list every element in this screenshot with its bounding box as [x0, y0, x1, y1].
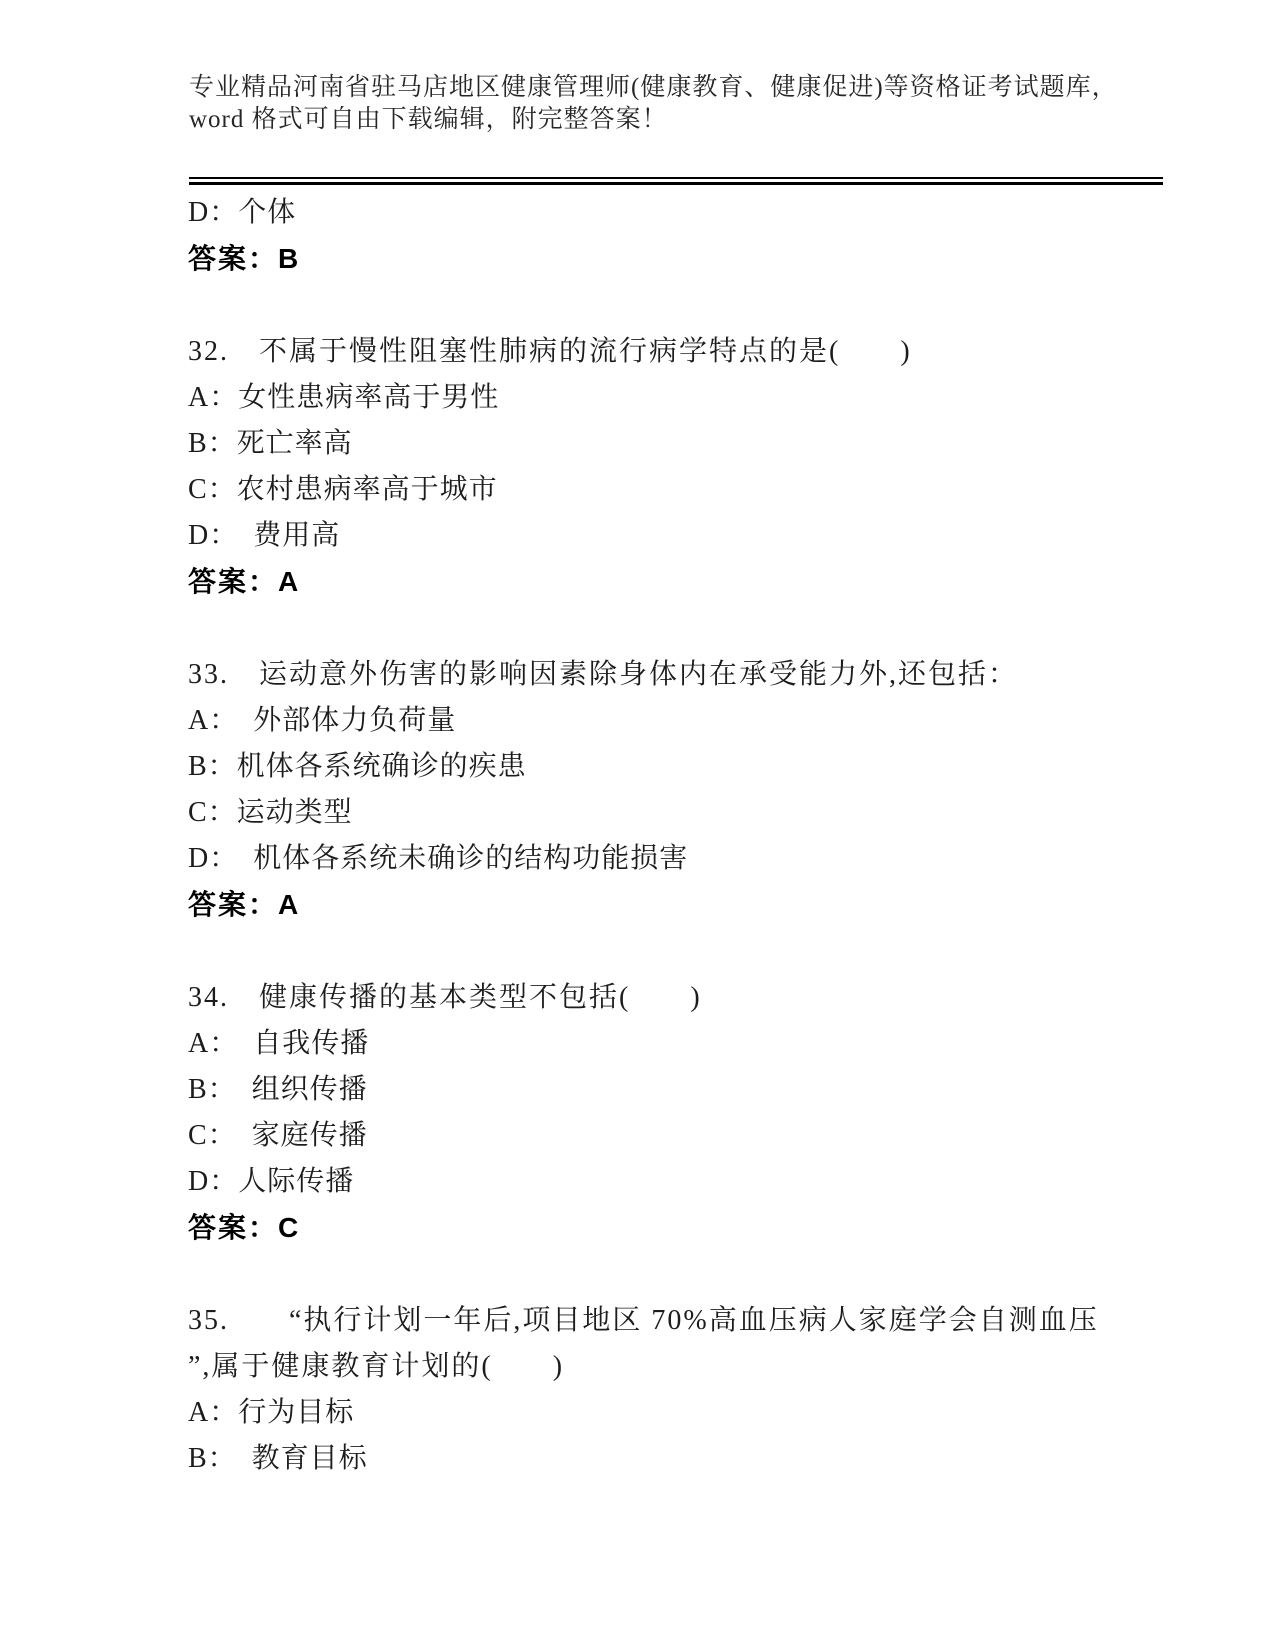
question-32-stem: 32. 不属于慢性阻塞性肺病的流行病学特点的是( ) [188, 329, 1173, 375]
carryover-answer: 答案：B [188, 236, 1173, 282]
question-35-stem-line-1: 35. “执行计划一年后,项目地区 70%高血压病人家庭学会自测血压 [188, 1298, 1173, 1344]
document-body: D：个体 答案：B 32. 不属于慢性阻塞性肺病的流行病学特点的是( ) A：女… [188, 190, 1173, 1482]
question-35: 35. “执行计划一年后,项目地区 70%高血压病人家庭学会自测血压 ”,属于健… [188, 1298, 1173, 1482]
question-32: 32. 不属于慢性阻塞性肺病的流行病学特点的是( ) A：女性患病率高于男性 B… [188, 329, 1173, 605]
question-32-answer: 答案：A [188, 559, 1173, 605]
question-34: 34. 健康传播的基本类型不包括( ) A： 自我传播 B： 组织传播 C： 家… [188, 975, 1173, 1251]
question-32-option-d: D： 费用高 [188, 513, 1173, 559]
header-line-2: word 格式可自由下载编辑，附完整答案！ [189, 104, 1164, 136]
question-34-option-a: A： 自我传播 [188, 1021, 1173, 1067]
question-35-option-b: B： 教育目标 [188, 1436, 1173, 1482]
question-33-option-d: D： 机体各系统未确诊的结构功能损害 [188, 836, 1173, 882]
question-35-stem-line-2: ”,属于健康教育计划的( ) [188, 1344, 1173, 1390]
question-32-option-a: A：女性患病率高于男性 [188, 375, 1173, 421]
question-33-answer: 答案：A [188, 882, 1173, 928]
question-34-stem: 34. 健康传播的基本类型不包括( ) [188, 975, 1173, 1021]
header-divider [189, 177, 1163, 185]
question-33-stem: 33. 运动意外伤害的影响因素除身体内在承受能力外,还包括： [188, 652, 1173, 698]
question-33-option-b: B：机体各系统确诊的疾患 [188, 744, 1173, 790]
question-33: 33. 运动意外伤害的影响因素除身体内在承受能力外,还包括： A： 外部体力负荷… [188, 652, 1173, 928]
page-header: 专业精品河南省驻马店地区健康管理师(健康教育、健康促进)等资格证考试题库， wo… [189, 72, 1164, 136]
header-line-1: 专业精品河南省驻马店地区健康管理师(健康教育、健康促进)等资格证考试题库， [189, 72, 1164, 104]
question-34-option-d: D：人际传播 [188, 1159, 1173, 1205]
question-33-option-c: C：运动类型 [188, 790, 1173, 836]
question-34-option-b: B： 组织传播 [188, 1067, 1173, 1113]
question-32-option-b: B：死亡率高 [188, 421, 1173, 467]
question-32-option-c: C：农村患病率高于城市 [188, 467, 1173, 513]
question-34-answer: 答案：C [188, 1205, 1173, 1251]
carryover-option-d: D：个体 [188, 190, 1173, 236]
document-page: 专业精品河南省驻马店地区健康管理师(健康教育、健康促进)等资格证考试题库， wo… [0, 0, 1275, 1650]
question-34-option-c: C： 家庭传播 [188, 1113, 1173, 1159]
question-35-option-a: A：行为目标 [188, 1390, 1173, 1436]
question-33-option-a: A： 外部体力负荷量 [188, 698, 1173, 744]
